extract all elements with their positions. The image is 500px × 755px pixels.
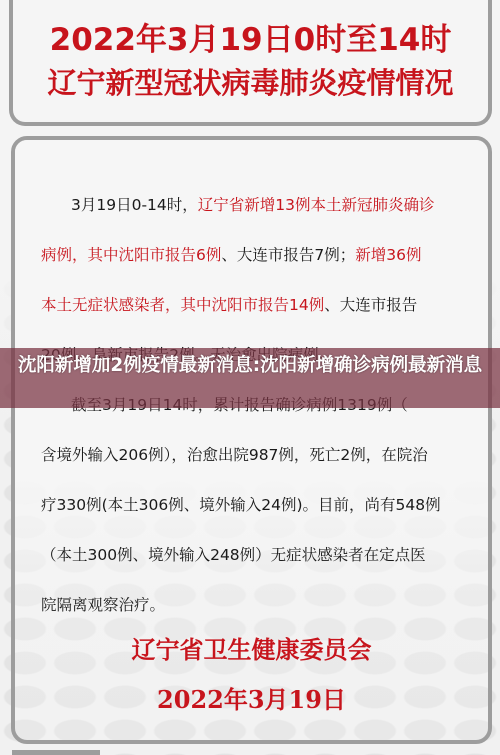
report-text: 含境外输入206例），治愈出院987例，死亡2例，在院治 bbox=[41, 446, 428, 464]
report-text: 疗330例(本土306例、境外输入24例)。目前，尚有548例 bbox=[41, 496, 441, 514]
report-line: 院隔离观察治疗。 bbox=[41, 580, 473, 630]
page-title: 2022年3月19日0时至14时 bbox=[13, 22, 488, 58]
report-text: 、大连市报告 bbox=[324, 296, 417, 314]
report-panel: 3月19日0-14时，辽宁省新增13例本土新冠肺炎确诊 病例，其中沈阳市报告6例… bbox=[11, 136, 492, 744]
issue-date: 2022年3月19日 bbox=[15, 685, 488, 715]
report-text-highlight: 辽宁省新增13例本土新冠肺炎确诊 bbox=[198, 196, 435, 214]
report-text: 3月19日0-14时， bbox=[71, 196, 198, 214]
report-text-highlight: 本土无症状感染者，其中沈阳市报告14例 bbox=[41, 296, 324, 314]
report-text-highlight: 病例，其中沈阳市报告6例 bbox=[41, 246, 221, 264]
issuing-organization: 辽宁省卫生健康委员会 bbox=[15, 635, 488, 665]
report-line: 3月19日0-14时，辽宁省新增13例本土新冠肺炎确诊 bbox=[41, 180, 473, 230]
report-line: 疗330例(本土306例、境外输入24例)。目前，尚有548例 bbox=[41, 480, 473, 530]
report-text: 院隔离观察治疗。 bbox=[41, 596, 165, 614]
report-text: （本土300例、境外输入248例）无症状感染者在定点医 bbox=[41, 546, 426, 564]
report-text: 、大连市报告7例； bbox=[221, 246, 355, 264]
report-line: 本土无症状感染者，其中沈阳市报告14例、大连市报告 bbox=[41, 280, 473, 330]
title-panel: 2022年3月19日0时至14时 辽宁新型冠状病毒肺炎疫情情况 bbox=[9, 0, 492, 126]
report-line: （本土300例、境外输入248例）无症状感染者在定点医 bbox=[41, 530, 473, 580]
bottom-border-fragment bbox=[12, 750, 100, 755]
report-text-highlight: 新增36例 bbox=[355, 246, 421, 264]
report-line: 病例，其中沈阳市报告6例、大连市报告7例；新增36例 bbox=[41, 230, 473, 280]
headline-overlay-banner: 沈阳新增加2例疫情最新消息:沈阳新增确诊病例最新消息 bbox=[0, 348, 500, 408]
report-line: 含境外输入206例），治愈出院987例，死亡2例，在院治 bbox=[41, 430, 473, 480]
page-subtitle: 辽宁新型冠状病毒肺炎疫情情况 bbox=[13, 66, 488, 100]
headline-text: 沈阳新增加2例疫情最新消息:沈阳新增确诊病例最新消息 bbox=[18, 355, 482, 376]
